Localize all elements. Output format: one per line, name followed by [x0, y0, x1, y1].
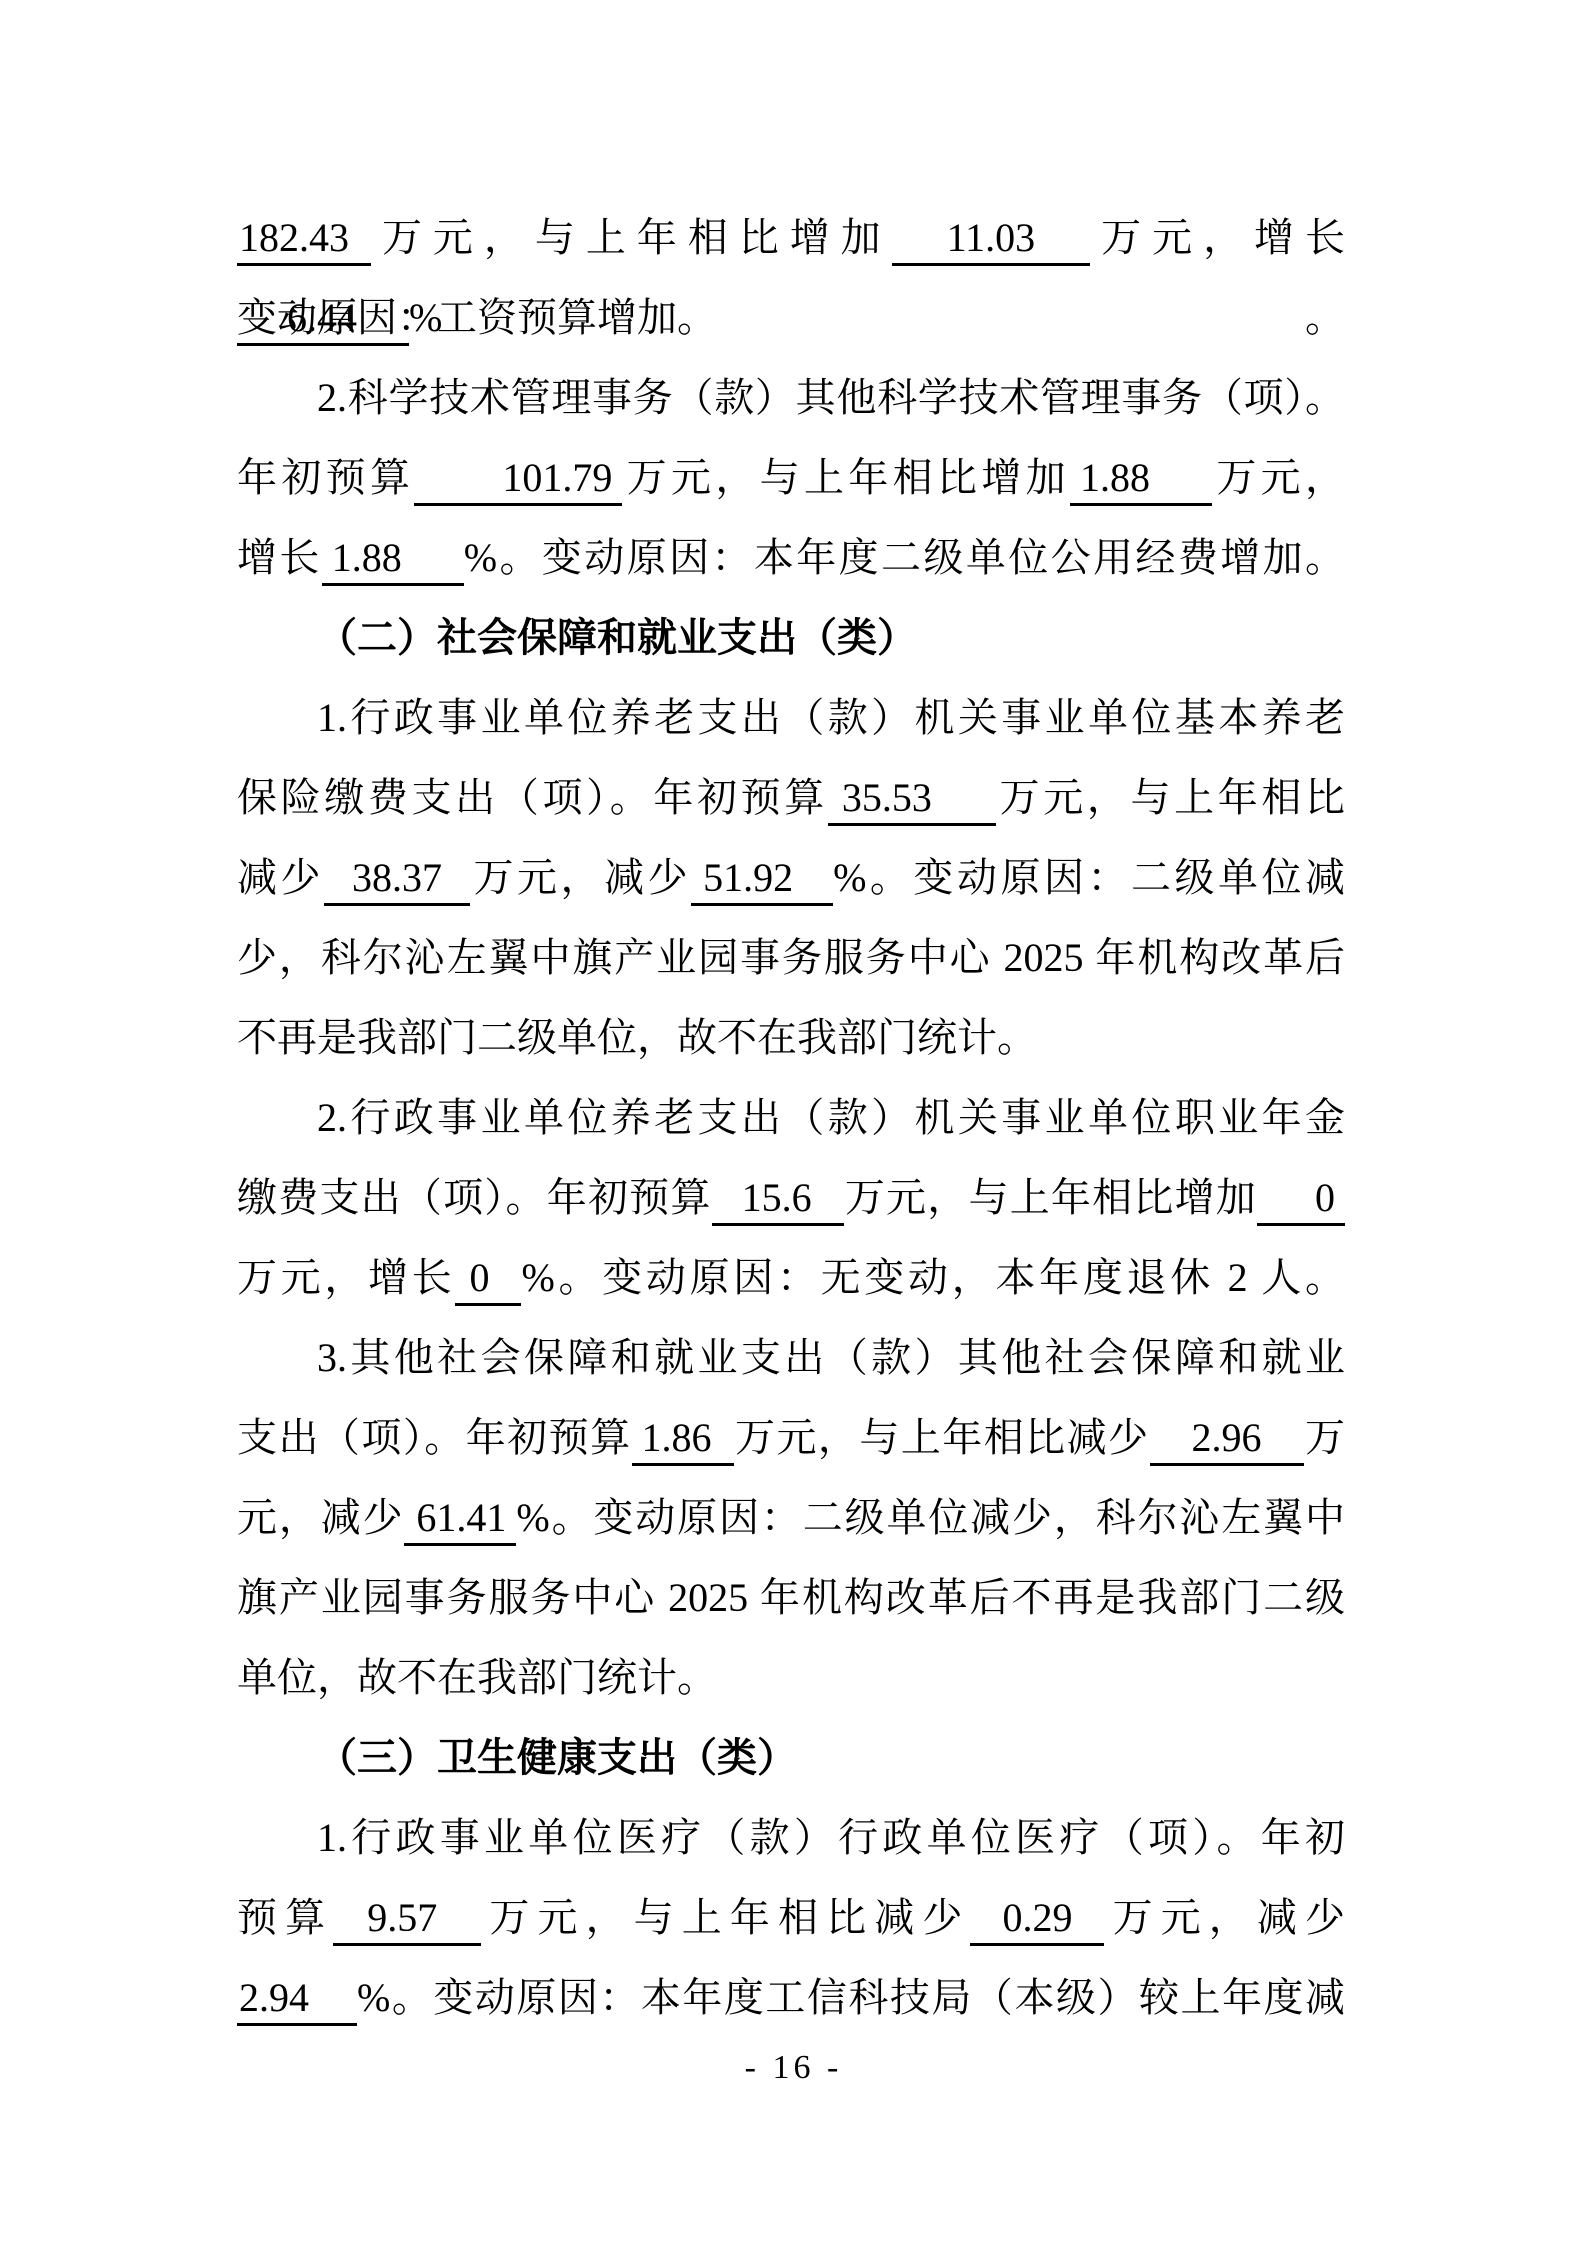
- text-segment: 少，科尔沁左翼中旗产业园事务服务中心 2025 年机构改革后: [237, 935, 1345, 980]
- underlined-value: 35.53: [828, 775, 996, 826]
- text-segment: 万元，与上年相比增加: [622, 455, 1070, 500]
- underlined-value: 1.88: [322, 535, 464, 586]
- underlined-value: 0: [455, 1255, 521, 1306]
- underlined-value: 2.96: [1150, 1415, 1304, 1466]
- text-segment: 缴费支出（项）。年初预算: [237, 1175, 712, 1220]
- text-line: 3.其他社会保障和就业支出（款）其他社会保障和就业: [237, 1318, 1345, 1398]
- text-segment: 1.行政事业单位养老支出（款）机关事业单位基本养老: [317, 695, 1345, 740]
- text-segment: 不再是我部门二级单位，故不在我部门统计。: [237, 1015, 1037, 1060]
- underlined-value: 51.92: [691, 855, 833, 906]
- section-heading: （三）卫生健康支出（类）: [237, 1718, 1345, 1798]
- text-line: 万元，增长0%。变动原因：无变动，本年度退休 2 人。: [237, 1238, 1345, 1318]
- underlined-value: 11.03: [892, 215, 1091, 266]
- page-number: - 16 -: [0, 2048, 1587, 2088]
- underlined-value: 9.57: [333, 1895, 481, 1946]
- text-segment: 变动原因：工资预算增加。: [237, 295, 717, 340]
- underlined-value: 1.86: [632, 1415, 734, 1466]
- text-segment: 万元，增长: [237, 1255, 455, 1300]
- text-line: 1.行政事业单位养老支出（款）机关事业单位基本养老: [237, 678, 1345, 758]
- text-segment: 3.其他社会保障和就业支出（款）其他社会保障和就业: [317, 1335, 1345, 1380]
- text-line: 单位，故不在我部门统计。: [237, 1638, 1345, 1718]
- text-segment: %。变动原因：二级单位减少，科尔沁左翼中: [516, 1495, 1345, 1540]
- text-segment: 万元，与上年相比减少: [734, 1415, 1150, 1460]
- underlined-value: 101.79: [414, 455, 622, 506]
- text-line: 2.科学技术管理事务（款）其他科学技术管理事务（项）。: [237, 358, 1345, 438]
- text-line: 少，科尔沁左翼中旗产业园事务服务中心 2025 年机构改革后: [237, 918, 1345, 998]
- text-segment: %。变动原因：无变动，本年度退休 2 人。: [521, 1255, 1345, 1300]
- document-page: 182.43万元，与上年相比增加11.03万元，增长6.44%。变动原因：工资预…: [0, 0, 1587, 2245]
- text-segment: 增长: [237, 535, 322, 580]
- text-line: 预算9.57万元，与上年相比减少0.29万元，减少: [237, 1878, 1345, 1958]
- text-segment: 2.科学技术管理事务（款）其他科学技术管理事务（项）。: [317, 375, 1345, 420]
- text-segment: %。变动原因：二级单位减: [833, 855, 1345, 900]
- text-line: 减少38.37万元，减少51.92%。变动原因：二级单位减: [237, 838, 1345, 918]
- text-segment: 万元，与上年相比增加: [844, 1175, 1257, 1220]
- text-segment: 1.行政事业单位医疗（款）行政单位医疗（项）。年初: [317, 1815, 1345, 1860]
- text-segment: 万元，与上年相比: [996, 775, 1345, 820]
- text-segment: （二）社会保障和就业支出（类）: [317, 615, 917, 660]
- underlined-value: 182.43: [237, 215, 371, 266]
- text-segment: （三）卫生健康支出（类）: [317, 1735, 797, 1780]
- text-segment: 元，减少: [237, 1495, 404, 1540]
- text-segment: 万元，与上年相比增加: [371, 215, 892, 260]
- text-segment: 万元，: [1212, 455, 1345, 500]
- text-line: 2.行政事业单位养老支出（款）机关事业单位职业年金: [237, 1078, 1345, 1158]
- text-segment: 保险缴费支出（项）。年初预算: [237, 775, 828, 820]
- document-body: 182.43万元，与上年相比增加11.03万元，增长6.44%。变动原因：工资预…: [237, 198, 1345, 2038]
- underlined-value: 1.88: [1070, 455, 1212, 506]
- text-line: 年初预算101.79万元，与上年相比增加1.88万元，: [237, 438, 1345, 518]
- text-line: 2.94%。变动原因：本年度工信科技局（本级）较上年度减: [237, 1958, 1345, 2038]
- text-segment: 万元，减少: [1104, 1895, 1345, 1940]
- underlined-value: 61.41: [404, 1495, 516, 1546]
- underlined-value: 15.6: [712, 1175, 844, 1226]
- text-segment: 2.行政事业单位养老支出（款）机关事业单位职业年金: [317, 1095, 1345, 1140]
- text-segment: 万元，减少: [470, 855, 691, 900]
- text-line: 缴费支出（项）。年初预算15.6万元，与上年相比增加0: [237, 1158, 1345, 1238]
- text-segment: %。变动原因：本年度二级单位公用经费增加。: [464, 535, 1345, 580]
- text-segment: 万元，与上年相比减少: [481, 1895, 970, 1940]
- text-line: 增长1.88%。变动原因：本年度二级单位公用经费增加。: [237, 518, 1345, 598]
- text-segment: 支出（项）。年初预算: [237, 1415, 632, 1460]
- text-line: 旗产业园事务服务中心 2025 年机构改革后不再是我部门二级: [237, 1558, 1345, 1638]
- text-segment: 单位，故不在我部门统计。: [237, 1655, 717, 1700]
- section-heading: （二）社会保障和就业支出（类）: [237, 598, 1345, 678]
- text-segment: 年初预算: [237, 455, 414, 500]
- text-line: 182.43万元，与上年相比增加11.03万元，增长6.44%。: [237, 198, 1345, 278]
- text-line: 元，减少61.41%。变动原因：二级单位减少，科尔沁左翼中: [237, 1478, 1345, 1558]
- underlined-value: 0.29: [970, 1895, 1104, 1946]
- text-line: 1.行政事业单位医疗（款）行政单位医疗（项）。年初: [237, 1798, 1345, 1878]
- text-line: 保险缴费支出（项）。年初预算35.53万元，与上年相比: [237, 758, 1345, 838]
- text-segment: %。变动原因：本年度工信科技局（本级）较上年度减: [357, 1975, 1345, 2020]
- text-segment: 万: [1304, 1415, 1345, 1460]
- text-line: 不再是我部门二级单位，故不在我部门统计。: [237, 998, 1345, 1078]
- text-segment: 旗产业园事务服务中心 2025 年机构改革后不再是我部门二级: [237, 1575, 1345, 1620]
- text-segment: 预算: [237, 1895, 333, 1940]
- text-segment: 减少: [237, 855, 324, 900]
- underlined-value: 2.94: [237, 1975, 357, 2026]
- underlined-value: 38.37: [324, 855, 470, 906]
- underlined-value: 0: [1257, 1175, 1345, 1226]
- text-segment: 万元，增长: [1090, 215, 1345, 260]
- text-line: 支出（项）。年初预算1.86万元，与上年相比减少2.96万: [237, 1398, 1345, 1478]
